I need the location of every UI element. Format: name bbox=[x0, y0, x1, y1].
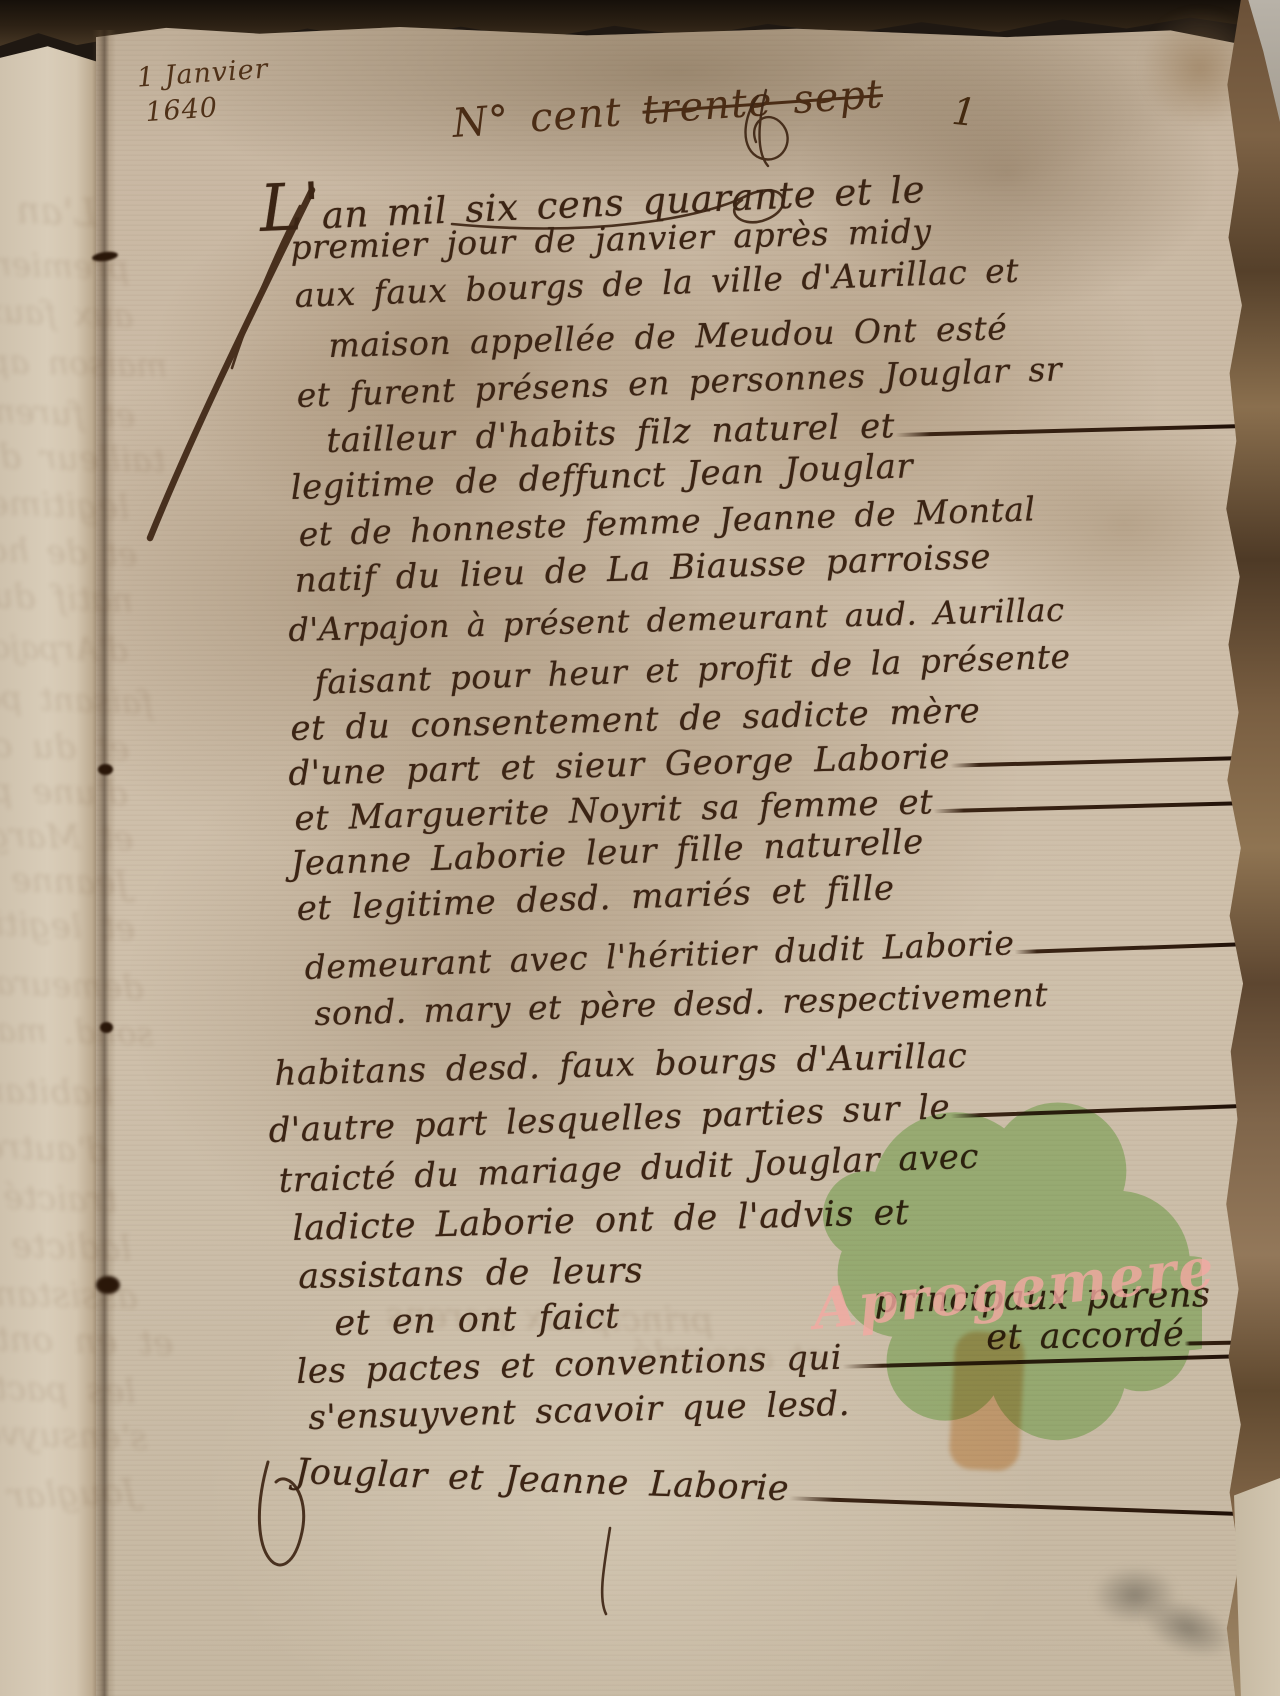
margin-date-day: 1 Janvier bbox=[136, 53, 270, 93]
ink-spot bbox=[100, 1022, 113, 1033]
manuscript-photo: 1 Janvier 1640 N° cent trente sept 1 L'a… bbox=[0, 0, 1280, 1696]
line-filler-stroke bbox=[895, 424, 1237, 437]
line-filler-stroke bbox=[950, 756, 1237, 768]
folio-number: 1 bbox=[950, 89, 979, 135]
facing-page-edge bbox=[0, 38, 106, 1696]
margin-date: 1 Janvier 1640 bbox=[136, 51, 272, 130]
line-filler-stroke bbox=[933, 801, 1237, 813]
page-stack-edge bbox=[1234, 1478, 1280, 1696]
watermark-tree-trunk bbox=[948, 1330, 1025, 1471]
ink-spot bbox=[96, 1276, 120, 1294]
ink-spot bbox=[98, 764, 113, 775]
gutter-crease bbox=[92, 30, 116, 1696]
line-filler-stroke bbox=[1015, 942, 1238, 954]
